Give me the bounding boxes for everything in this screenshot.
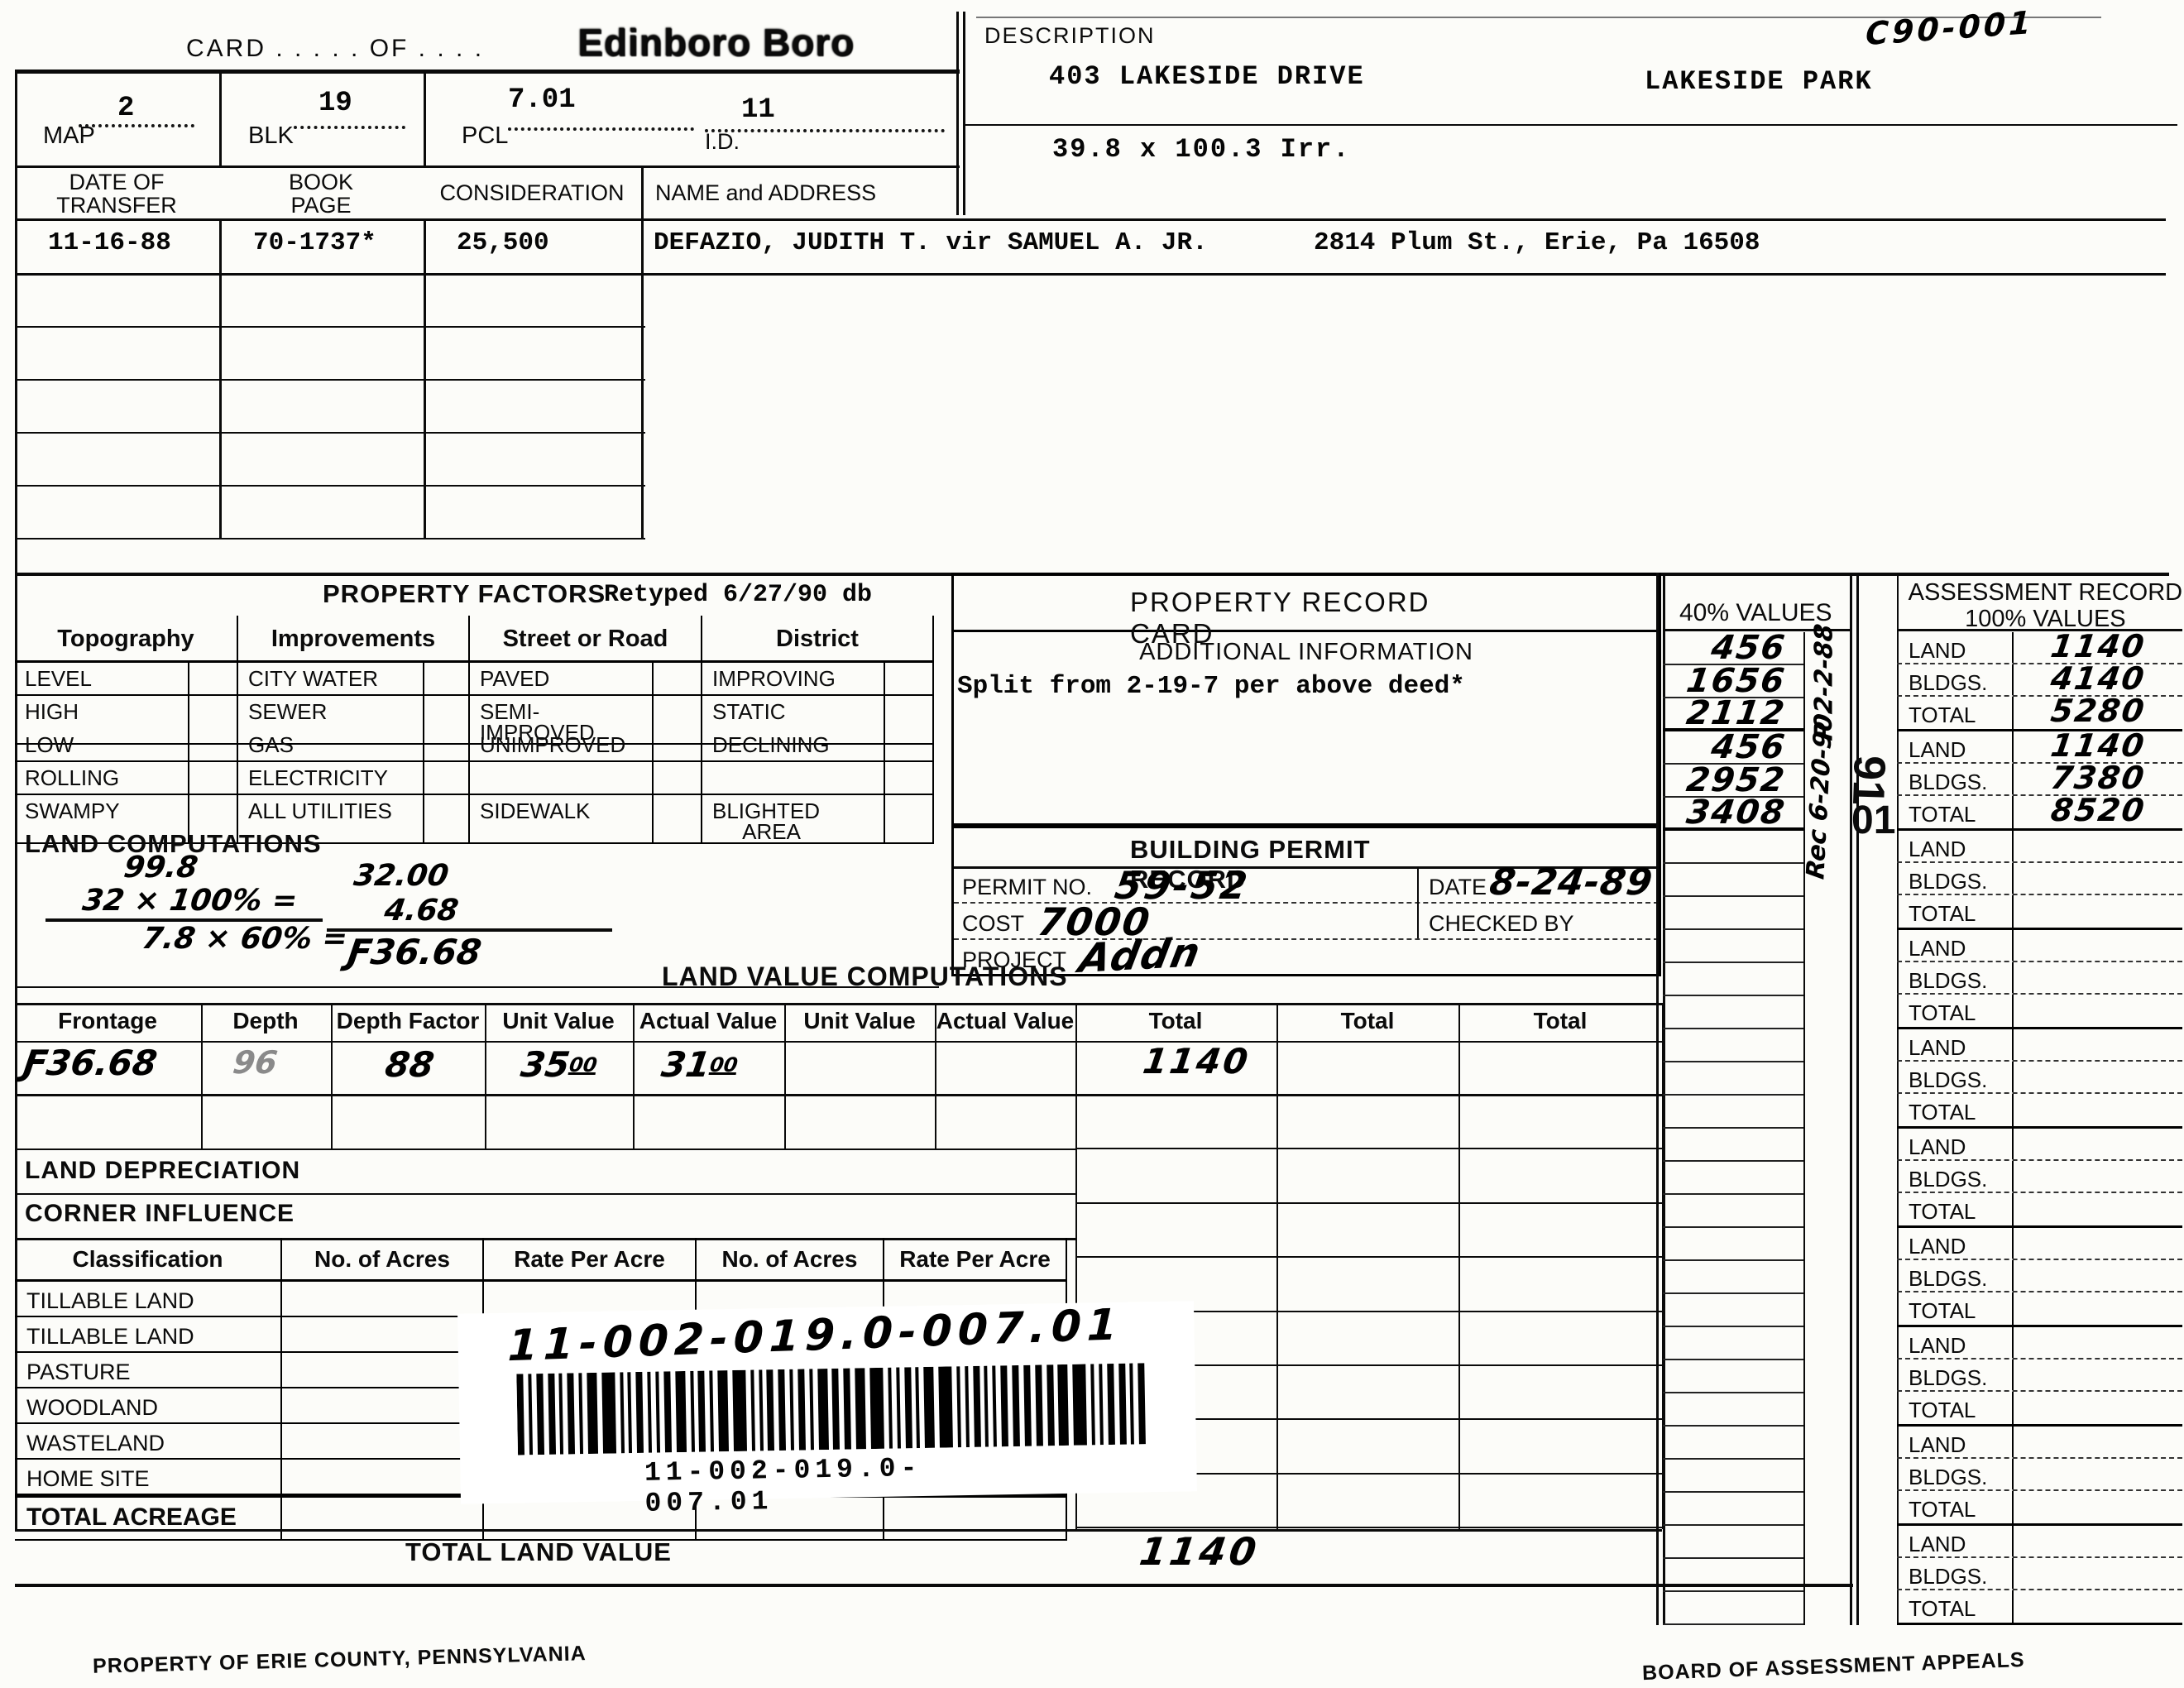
values40-cell: [1663, 897, 1803, 930]
assessment-row: LAND: [1897, 1129, 2182, 1161]
divider-line: [641, 165, 644, 538]
classification-empty-cell: [282, 1424, 484, 1460]
year-annotation-bold: 01: [1851, 798, 1895, 843]
factor-street-label: SIDEWALK: [470, 795, 654, 844]
divider-line: [1276, 1003, 1278, 1529]
assessment-row: BLDGS.: [1897, 962, 2182, 995]
barcode-bar: [896, 1367, 901, 1448]
divider-line: [15, 432, 645, 434]
values40-cell: [1663, 1427, 1803, 1460]
assessment-row-label: TOTAL: [1897, 1392, 2014, 1424]
divider-line: [964, 124, 2177, 126]
assessment-row: BLDGS.: [1897, 1558, 2182, 1590]
land-comp-total: Ƒ36.68: [345, 932, 484, 972]
assessment-row: LAND: [1897, 930, 2182, 962]
property-factors-grid: Topography Improvements Street or Road D…: [15, 616, 934, 828]
rate-per-acre-header-1: Rate Per Acre: [484, 1238, 697, 1279]
assessment-group: LANDBLDGS.TOTAL: [1897, 1129, 2182, 1228]
assessment-row: TOTAL: [1897, 1193, 2182, 1225]
assessment-row: BLDGS.: [1897, 1062, 2182, 1094]
dotted-leader: [705, 129, 945, 132]
values40-cell: [1663, 1393, 1803, 1427]
transfer-date: 11-16-88: [48, 228, 171, 257]
factors-col-street: Street or Road: [470, 616, 702, 660]
divider-line: [935, 1003, 936, 1149]
barcode-bar: [536, 1374, 544, 1455]
assessment-row-value: [2011, 1260, 2184, 1291]
assessment-row-label: LAND: [1897, 1029, 2014, 1060]
divider-line: [1850, 573, 1859, 1625]
classification-header: Classification: [15, 1238, 282, 1279]
divider-line: [15, 165, 960, 168]
corner-influence-label: CORNER INFLUENCE: [25, 1200, 295, 1228]
barcode-bar: [698, 1371, 706, 1452]
barcode-bar: [767, 1369, 775, 1451]
assessment-row-value: [2011, 1292, 2184, 1325]
lvc-actual-value-main: 31: [659, 1044, 713, 1085]
divider-line: [15, 1041, 1662, 1043]
assessment-record-title: ASSESSMENT RECORD: [1909, 579, 2182, 607]
assessment-row-label: LAND: [1897, 930, 2014, 961]
building-permit-record-box: BUILDING PERMIT RECORD PERMIT NO. 59-52 …: [951, 826, 1661, 976]
no-of-acres-header-1: No. of Acres: [282, 1238, 484, 1279]
assessment-row-label: TOTAL: [1897, 1491, 2014, 1523]
divider-line: [15, 379, 645, 381]
values40-cell: [1663, 1493, 1803, 1526]
assessment-row: BLDGS.: [1897, 1260, 2182, 1292]
barcode-bar: [601, 1372, 616, 1453]
transfer-grantee-name: DEFAZIO, JUDITH T. vir SAMUEL A. JR.: [654, 228, 1208, 257]
assessment-row-label: LAND: [1897, 1427, 2014, 1457]
factor-topography-label: LOW: [15, 729, 189, 762]
assessment-row: BLDGS.: [1897, 1161, 2182, 1193]
assessment-row-value: 1140: [2011, 632, 2184, 663]
description-label: DESCRIPTION: [984, 23, 1156, 49]
values40-cell: [1663, 1592, 1803, 1625]
land-value-computations-title: LAND VALUE COMPUTATIONS: [662, 961, 1068, 992]
barcode-bar: [993, 1365, 998, 1446]
transfer-header-date: DATE OF TRANSFER: [56, 170, 177, 217]
values40-cell: 456: [1663, 632, 1803, 665]
barcode-bar: [516, 1374, 524, 1455]
land-comp-line2: 7.8 × 60% =: [140, 922, 350, 956]
divider-line: [201, 1003, 203, 1149]
assessment-group: LAND1140BLDGS.7380TOTAL8520: [1897, 731, 2182, 831]
barcode-bar: [548, 1374, 556, 1455]
barcode-sticker: 11-002-019.0-007.01 11-002-019.0-007.01: [457, 1301, 1197, 1503]
barcode-bar: [973, 1366, 981, 1447]
barcode-bar: [904, 1367, 912, 1448]
additional-information-box: ADDITIONAL INFORMATION Split from 2-19-7…: [951, 632, 1661, 826]
values40-cell: [1663, 1129, 1803, 1162]
assessment-row-value: [2011, 1094, 2184, 1126]
assessment-group: LANDBLDGS.TOTAL: [1897, 1526, 2182, 1625]
retyped-note: Retyped 6/27/90 db: [604, 581, 872, 609]
classification-empty-cell: [282, 1460, 484, 1495]
values40-cell: 1656: [1663, 665, 1803, 698]
classification-empty-cell: [282, 1353, 484, 1388]
values40-cell: [1663, 864, 1803, 897]
divider-line: [15, 538, 645, 539]
divider-line: [15, 70, 960, 74]
property-record-card-box: PROPERTY RECORD CARD: [951, 573, 1661, 632]
subdivision-name: LAKESIDE PARK: [1645, 66, 1873, 97]
assessment-row-value: [2011, 863, 2184, 894]
divider-line: [15, 1094, 1662, 1096]
assessment-row-label: BLDGS.: [1897, 664, 2014, 695]
assessment-row-value: 5280: [2011, 697, 2184, 729]
values40-cell: [1663, 831, 1803, 864]
barcode-bar: [647, 1372, 652, 1453]
lvc-actual-value-1: 3100: [662, 1044, 738, 1085]
factor-street-checkbox: [654, 729, 702, 762]
values40-value: 2112: [1683, 694, 1788, 732]
classification-row-label: PASTURE: [15, 1353, 282, 1388]
assessment-group: LANDBLDGS.TOTAL: [1897, 1029, 2182, 1129]
assessment-row: TOTAL: [1897, 1392, 2182, 1424]
assessment-row-label: BLDGS.: [1897, 1062, 2014, 1092]
assessment-row-label: LAND: [1897, 831, 2014, 861]
values40-column: 4561656211245629523408: [1663, 632, 1803, 1625]
lvc-header-unit-value-2: Unit Value: [803, 1008, 915, 1034]
divider-line: [219, 218, 222, 538]
assessment-row-label: TOTAL: [1897, 697, 2014, 729]
divider-line: [1075, 1202, 1662, 1204]
factor-improvement-checkbox: [424, 795, 470, 844]
assessment-row-value: [2011, 1491, 2184, 1523]
barcode-bar: [636, 1372, 644, 1453]
factor-street-label: [470, 762, 654, 795]
assessment-row-value: [2011, 1558, 2184, 1589]
land-comp-line2-result: 4.68: [382, 894, 461, 928]
barcode-bar: [709, 1370, 714, 1451]
assessment-row: TOTAL: [1897, 1094, 2182, 1126]
assessment-row-value: 8520: [2011, 796, 2184, 828]
lvc-header-total-2: Total: [1341, 1008, 1395, 1034]
land-comp-top-value: 99.8: [122, 851, 200, 885]
assessment-row-value: [2011, 1360, 2184, 1390]
factor-improvement-checkbox: [424, 663, 470, 696]
factors-col-topography: Topography: [15, 616, 238, 660]
barcode-bar: [778, 1369, 787, 1451]
factor-improvement-label: GAS: [238, 729, 424, 762]
values40-cell: [1663, 930, 1803, 963]
id-value: 11: [741, 94, 775, 126]
factor-district-label: [702, 762, 885, 795]
divider-line: [15, 273, 2166, 276]
assessment-row-value: [2011, 930, 2184, 961]
rate-per-acre-header-2: Rate Per Acre: [884, 1238, 1067, 1279]
assessment-row-value: [2011, 1129, 2184, 1159]
barcode-bar: [938, 1366, 953, 1447]
assessment-row-value: [2011, 1228, 2184, 1259]
transfer-book-page: 70-1737*: [253, 228, 376, 257]
footer-right-text: BOARD OF ASSESSMENT APPEALS: [1642, 1648, 2025, 1686]
assessment-row-label: BLDGS.: [1897, 962, 2014, 993]
divider-line: [1075, 1527, 1662, 1528]
lvc-header-depth: Depth: [232, 1008, 298, 1034]
assessment-row-label: BLDGS.: [1897, 1360, 2014, 1390]
values40-cell: [1663, 1460, 1803, 1493]
dotted-leader: [294, 126, 405, 129]
lvc-unit-value-1: 3500: [521, 1044, 597, 1085]
assessment-row-label: LAND: [1897, 731, 2014, 762]
assessment-group: LANDBLDGS.TOTAL: [1897, 831, 2182, 930]
assessment-row: TOTAL: [1897, 1491, 2182, 1523]
pcl-value: 7.01: [508, 84, 576, 116]
factor-district-checkbox: [885, 795, 934, 844]
assessment-row-value: [2011, 1029, 2184, 1060]
permit-date-label: DATE: [1429, 875, 1487, 900]
property-address: 403 LAKESIDE DRIVE: [1049, 61, 1365, 92]
barcode-bar: [559, 1374, 564, 1455]
assessment-row-value: [2011, 831, 2184, 861]
assessment-row: TOTAL: [1897, 895, 2182, 928]
margin-annotation-2: Rec 6-20-90: [1800, 685, 1841, 908]
values40-cell: [1663, 1360, 1803, 1393]
transfer-grantee-address: 2814 Plum St., Erie, Pa 16508: [1314, 228, 1760, 257]
values40-cell: [1663, 1162, 1803, 1195]
barcode-bar: [675, 1371, 687, 1452]
permit-cost-label: COST: [962, 911, 1024, 937]
assessment-row-label: BLDGS.: [1897, 1161, 2014, 1192]
divider-line: [1458, 1003, 1460, 1529]
lvc-unit-value-main: 35: [519, 1044, 572, 1085]
factor-row: ROLLINGELECTRICITY: [15, 762, 934, 795]
transfer-consideration: 25,500: [457, 228, 549, 257]
barcode-bar: [1000, 1365, 1008, 1446]
factor-district-label: IMPROVING: [702, 663, 885, 696]
classification-row-label: WOODLAND: [15, 1388, 282, 1424]
factor-topography-checkbox: [189, 729, 238, 762]
assessment-row: TOTAL8520: [1897, 796, 2182, 828]
factors-col-improvements: Improvements: [238, 616, 470, 660]
barcode-bar: [628, 1372, 633, 1453]
factor-street-checkbox: [654, 762, 702, 795]
factor-topography-label: ROLLING: [15, 762, 189, 795]
divider-line: [424, 70, 426, 165]
barcode-bar: [587, 1373, 598, 1454]
assessment-row: LAND: [1897, 1327, 2182, 1360]
barcode-bar: [1072, 1364, 1087, 1446]
checked-by-label: CHECKED BY: [1429, 911, 1574, 937]
assessment-groups: LAND1140BLDGS.4140TOTAL5280LAND1140BLDGS…: [1897, 632, 2182, 1625]
assessment-row: BLDGS.: [1897, 1360, 2182, 1392]
barcode-bar: [844, 1369, 852, 1450]
classification-row-label: TOTAL ACREAGE: [15, 1495, 282, 1541]
assessment-row-label: LAND: [1897, 1327, 2014, 1358]
values40-cell: [1663, 996, 1803, 1029]
barcode-image: [516, 1363, 1147, 1455]
permit-no-label: PERMIT NO.: [962, 875, 1092, 900]
barcode-bar: [855, 1368, 866, 1449]
total-land-value-amount: 1140: [1137, 1529, 1262, 1574]
divider-line: [15, 1149, 1075, 1150]
lvc-header-total-3: Total: [1534, 1008, 1588, 1034]
lvc-actual-value-cents: 00: [709, 1057, 739, 1075]
barcode-bar: [690, 1371, 695, 1452]
factor-row: SWAMPYALL UTILITIESSIDEWALKBLIGHTED AREA: [15, 795, 934, 828]
additional-information-text: Split from 2-19-7 per above deed*: [957, 672, 1465, 701]
classification-empty-cell: [282, 1317, 484, 1353]
parcel-number-typed: 11-002-019.0-007.01: [644, 1451, 1013, 1519]
barcode-bar: [578, 1373, 583, 1454]
factor-street-label: PAVED: [470, 663, 654, 696]
values40-cell: [1663, 1029, 1803, 1062]
id-label: I.D.: [705, 129, 740, 155]
factor-street-label: UNIMPROVED: [470, 729, 654, 762]
classification-row-label: TILLABLE LAND: [15, 1317, 282, 1353]
barcode-bar: [1137, 1363, 1146, 1444]
card-of-label: CARD . . . . . OF . . . .: [186, 35, 484, 63]
values40-cell: [1663, 1294, 1803, 1327]
divider-line: [15, 218, 2166, 221]
blk-value: 19: [318, 88, 352, 119]
barcode-bar: [965, 1366, 970, 1447]
classification-empty-cell: [282, 1282, 484, 1317]
additional-information-title: ADDITIONAL INFORMATION: [1139, 639, 1473, 666]
barcode-bar: [916, 1367, 921, 1448]
assessment-row-label: LAND: [1897, 632, 2014, 663]
assessment-row-label: BLDGS.: [1897, 1459, 2014, 1489]
description-box-divider-line: [956, 12, 965, 215]
divider-line: [1075, 1148, 1662, 1149]
divider-line: [331, 1003, 333, 1149]
barcode-bar: [1107, 1364, 1115, 1445]
factor-improvement-checkbox: [424, 729, 470, 762]
barcode-bar: [717, 1370, 729, 1451]
barcode-bar: [1130, 1364, 1135, 1445]
permit-date-value: 8-24-89: [1487, 861, 1655, 904]
barcode-bar: [984, 1366, 989, 1447]
assessment-row-label: LAND: [1897, 1228, 2014, 1259]
values40-cell: [1663, 1261, 1803, 1294]
divider-line: [15, 326, 645, 328]
assessment-group: LANDBLDGS.TOTAL: [1897, 930, 2182, 1029]
assessment-group: LAND1140BLDGS.4140TOTAL5280: [1897, 632, 2182, 731]
pcl-label: PCL: [462, 122, 508, 150]
transfer-header-name-address: NAME and ADDRESS: [655, 180, 876, 206]
assessment-row-value: [2011, 895, 2184, 928]
divider-line: [15, 1584, 1853, 1587]
factor-improvement-label: CITY WATER: [238, 663, 424, 696]
values40-cell: [1663, 1559, 1803, 1592]
factor-row: HIGHSEWERSEMI- IMPROVEDSTATIC: [15, 696, 934, 729]
barcode-bar: [732, 1370, 747, 1451]
assessment-row-value: [2011, 1327, 2184, 1358]
values40-cell: [1663, 1327, 1803, 1360]
factor-row: LEVELCITY WATERPAVEDIMPROVING: [15, 663, 934, 696]
divider-line: [1803, 632, 1805, 1625]
barcode-bar: [1023, 1365, 1032, 1446]
project-value: Addn: [1075, 929, 1205, 982]
lvc-header-frontage: Frontage: [58, 1008, 157, 1034]
assessment-row-label: BLDGS.: [1897, 1260, 2014, 1291]
assessment-row-value: [2011, 1392, 2184, 1424]
barcode-bar: [1012, 1365, 1020, 1446]
barcode-bar: [759, 1369, 764, 1451]
assessment-row: LAND: [1897, 1526, 2182, 1558]
values40-cell: [1663, 1195, 1803, 1228]
assessment-row: TOTAL: [1897, 995, 2182, 1027]
assessment-row-label: BLDGS.: [1897, 764, 2014, 794]
divider-line: [485, 1003, 486, 1149]
assessment-row-value: [2011, 1161, 2184, 1192]
assessment-row-value: [2011, 962, 2184, 993]
lvc-header-unit-value-1: Unit Value: [502, 1008, 614, 1034]
barcode-bar: [888, 1368, 893, 1449]
assessment-row-label: TOTAL: [1897, 1094, 2014, 1126]
lvc-header-total-1: Total: [1149, 1008, 1203, 1034]
barcode-bar: [817, 1369, 829, 1450]
values40-cell: 456: [1663, 731, 1803, 765]
transfer-header-bookpage: BOOK PAGE: [289, 170, 353, 217]
assessment-row-label: BLDGS.: [1897, 1558, 2014, 1589]
assessment-group: LANDBLDGS.TOTAL: [1897, 1228, 2182, 1327]
divider-line: [784, 1003, 786, 1149]
values40-cell: 2112: [1663, 698, 1803, 731]
classification-row-label: WASTELAND: [15, 1424, 282, 1460]
barcode-bar: [528, 1374, 533, 1455]
barcode-bar: [923, 1367, 935, 1448]
factors-col-district: District: [702, 616, 934, 660]
assessment-group: LANDBLDGS.TOTAL: [1897, 1327, 2182, 1427]
barcode-bar: [1046, 1364, 1055, 1446]
assessment-row: TOTAL5280: [1897, 697, 2182, 729]
dotted-leader: [79, 124, 194, 127]
assessment-row-value: [2011, 1427, 2184, 1457]
barcode-bar: [655, 1372, 660, 1453]
values40-cell: [1663, 1526, 1803, 1559]
factor-topography-checkbox: [189, 663, 238, 696]
lvc-depth-factor-value: 88: [383, 1044, 437, 1085]
factor-street-checkbox: [654, 663, 702, 696]
divider-line: [633, 1003, 635, 1149]
divider-line: [15, 1193, 1075, 1195]
values40-cell: 3408: [1663, 798, 1803, 831]
assessment-row-label: TOTAL: [1897, 1590, 2014, 1623]
file-code-handwritten: C90-001: [1865, 4, 2034, 52]
divider-line: [1075, 1256, 1662, 1258]
barcode-bar: [1035, 1364, 1043, 1446]
footer-left-text: PROPERTY OF ERIE COUNTY, PENNSYLVANIA: [93, 1642, 587, 1679]
land-comp-line1-result: 32.00: [352, 859, 451, 893]
factor-district-label: BLIGHTED AREA: [702, 795, 885, 844]
barcode-bar: [568, 1373, 576, 1454]
parcel-number-handwritten: 11-002-019.0-007.01: [507, 1300, 1123, 1371]
lvc-unit-value-cents: 00: [568, 1057, 598, 1075]
assessment-row-value: [2011, 1062, 2184, 1092]
property-factors-title: PROPERTY FACTORS: [323, 579, 606, 609]
values40-cell: [1663, 1228, 1803, 1261]
assessment-row-value: [2011, 1459, 2184, 1489]
values40-value: 3408: [1683, 794, 1788, 832]
factor-district-label: DECLINING: [702, 729, 885, 762]
lvc-header-actual-value-2: Actual Value: [936, 1008, 1075, 1034]
lvc-depth-value: 96: [231, 1044, 280, 1081]
assessment-row-value: 7380: [2011, 764, 2184, 794]
assessment-row-label: TOTAL: [1897, 796, 2014, 828]
blk-label: BLK: [248, 122, 294, 150]
classification-empty-cell: [282, 1388, 484, 1424]
divider-line: [424, 218, 426, 538]
barcode-bar: [663, 1371, 672, 1452]
factor-topography-checkbox: [189, 762, 238, 795]
divider-line: [219, 70, 222, 165]
factor-district-checkbox: [885, 762, 934, 795]
total-land-value-label: TOTAL LAND VALUE: [405, 1537, 672, 1567]
barcode-bar: [1118, 1364, 1127, 1445]
